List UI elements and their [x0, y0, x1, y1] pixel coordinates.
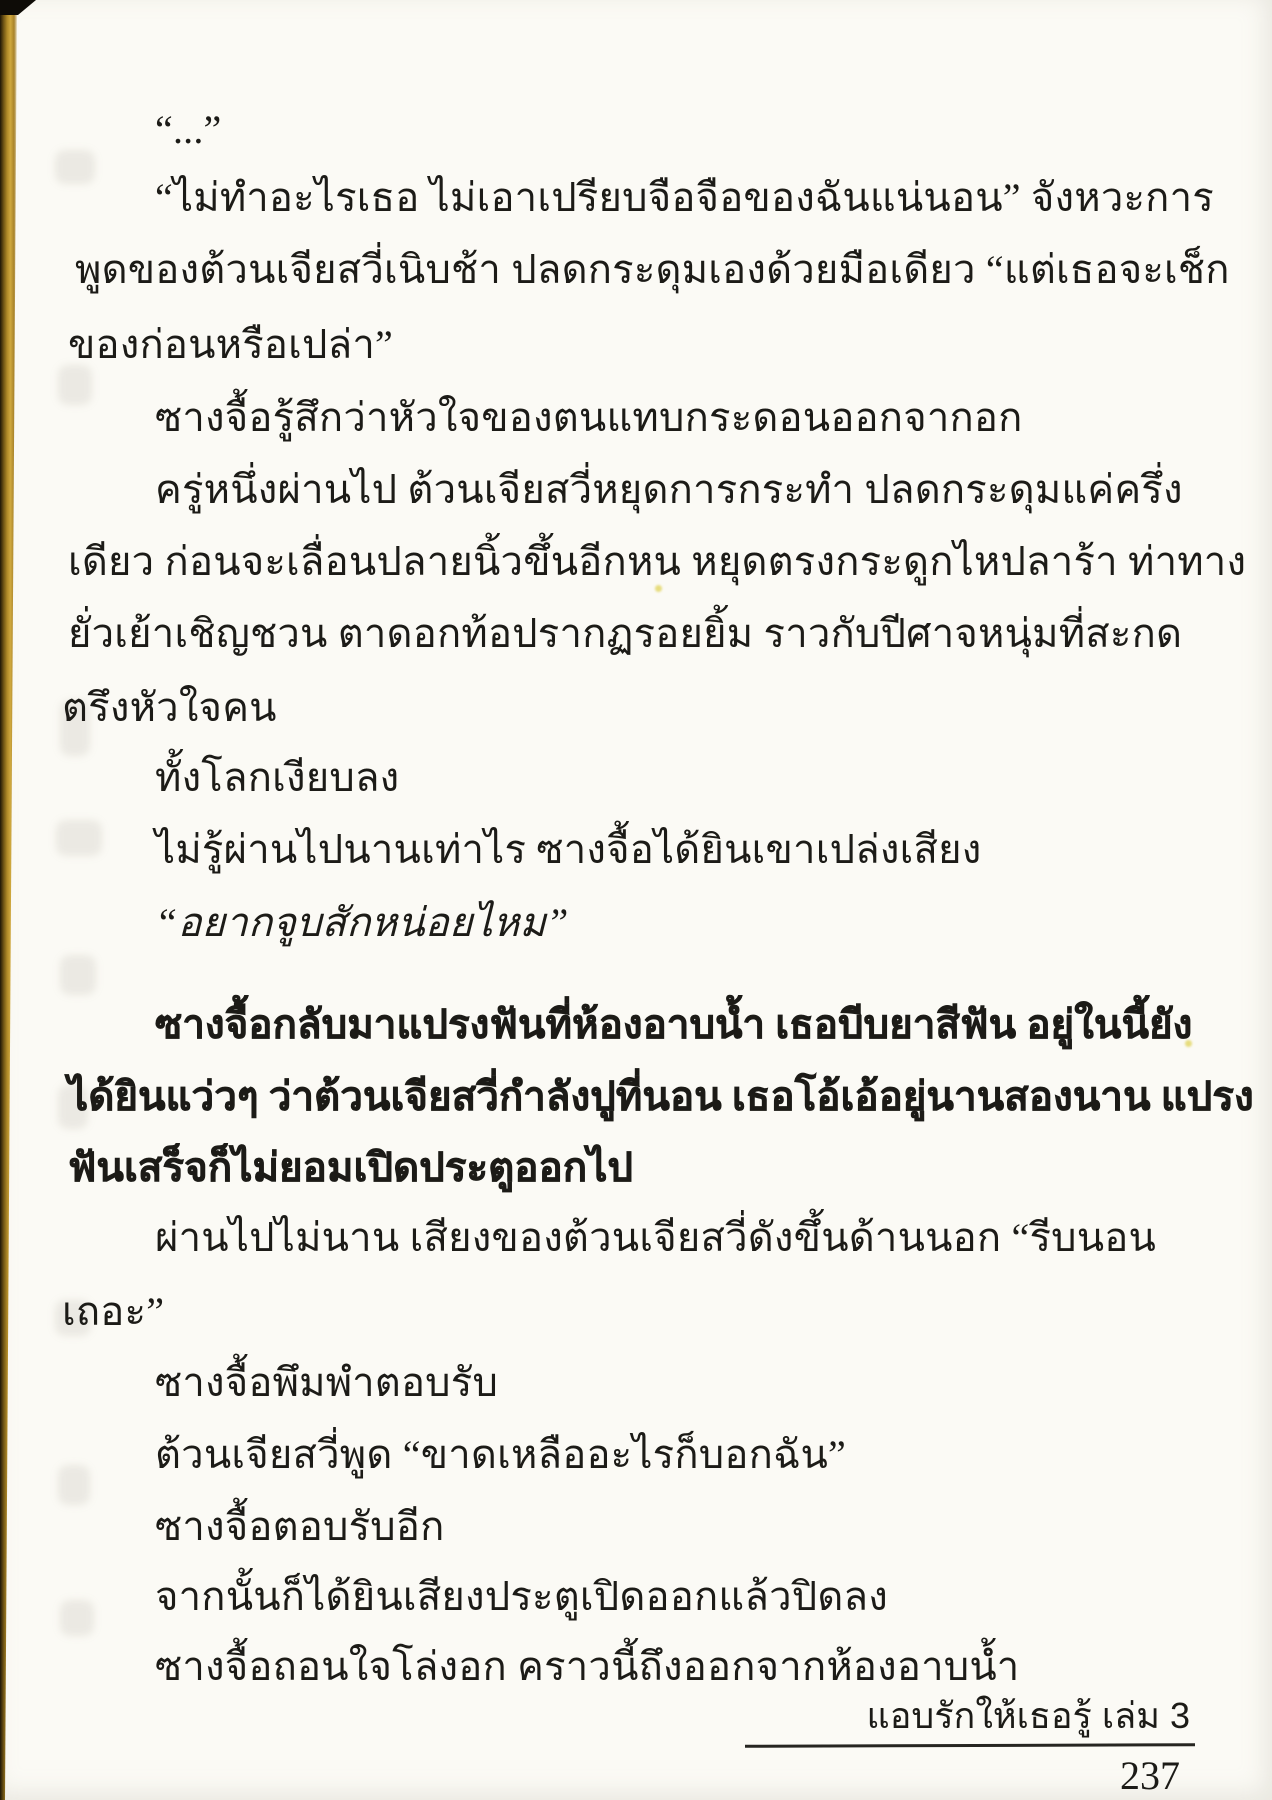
page-number: 237 [1120, 1752, 1180, 1800]
running-footer-book-title: แอบรักให้เธอรู้ เล่ม 3 [867, 1692, 1190, 1740]
scanned-book-page: “...” “ไม่ทำอะไรเธอ ไม่เอาเปรียบจือจือขอ… [0, 0, 1272, 1800]
text-line: จากนั้นก็ได้ยินเสียงประตูเปิดออกแล้วปิดล… [155, 1567, 888, 1627]
text-line: พูดของต้วนเจียสวี่เนิบช้า ปลดกระดุมเองด้… [75, 240, 1230, 300]
bleedthrough-mark [60, 1600, 94, 1636]
text-line: “...” [155, 100, 222, 160]
text-line: ซางจื้อตอบรับอีก [155, 1497, 445, 1557]
text-line-bold: ซางจื้อกลับมาแปรงฟันที่ห้องอาบน้ำ เธอบีบ… [155, 995, 1193, 1055]
text-line-bold: ได้ยินแว่วๆ ว่าต้วนเจียสวี่กำลังปูที่นอน… [68, 1067, 1254, 1127]
top-left-corner-shadow [0, 0, 36, 15]
footer-rule [745, 1743, 1195, 1748]
text-line: ซางจื้อพึมพำตอบรับ [155, 1353, 498, 1413]
text-line: ทั้งโลกเงียบลง [155, 748, 399, 808]
text-line: ซางจื้อรู้สึกว่าหัวใจของตนแทบกระดอนออกจา… [155, 388, 1023, 448]
text-line-bold: ฟันเสร็จก็ไม่ยอมเปิดประตูออกไป [68, 1138, 633, 1198]
text-line: ต้วนเจียสวี่พูด “ขาดเหลืออะไรก็บอกฉัน” [155, 1425, 846, 1485]
text-line: ผ่านไปไม่นาน เสียงของต้วนเจียสวี่ดังขึ้น… [155, 1208, 1156, 1268]
text-line: ครู่หนึ่งผ่านไป ต้วนเจียสวี่หยุดการกระทำ… [155, 460, 1183, 520]
dialogue-line-italic: “อยากจูบสักหน่อยไหม” [155, 893, 569, 953]
text-line: ของก่อนหรือเปล่า” [68, 315, 393, 375]
text-line: เถอะ” [62, 1282, 164, 1342]
text-line: เดียว ก่อนจะเลื่อนปลายนิ้วขึ้นอีกหน หยุด… [68, 532, 1246, 592]
bleedthrough-mark [55, 150, 95, 184]
text-line: ตรึงหัวใจคน [62, 678, 277, 738]
text-line: ซางจื้อถอนใจโล่งอก คราวนี้ถึงออกจากห้องอ… [155, 1637, 1019, 1697]
text-line: “ไม่ทำอะไรเธอ ไม่เอาเปรียบจือจือของฉันแน… [155, 168, 1214, 228]
bleedthrough-mark [58, 1465, 90, 1505]
text-line: ไม่รู้ผ่านไปนานเท่าไร ซางจื้อได้ยินเขาเป… [155, 820, 981, 880]
text-line: ยั่วเย้าเชิญชวน ตาดอกท้อปรากฏรอยยิ้ม ราว… [68, 604, 1182, 664]
bleedthrough-mark [56, 820, 102, 856]
book-gutter-gold-edge [0, 0, 18, 1800]
bleedthrough-mark [60, 955, 96, 995]
